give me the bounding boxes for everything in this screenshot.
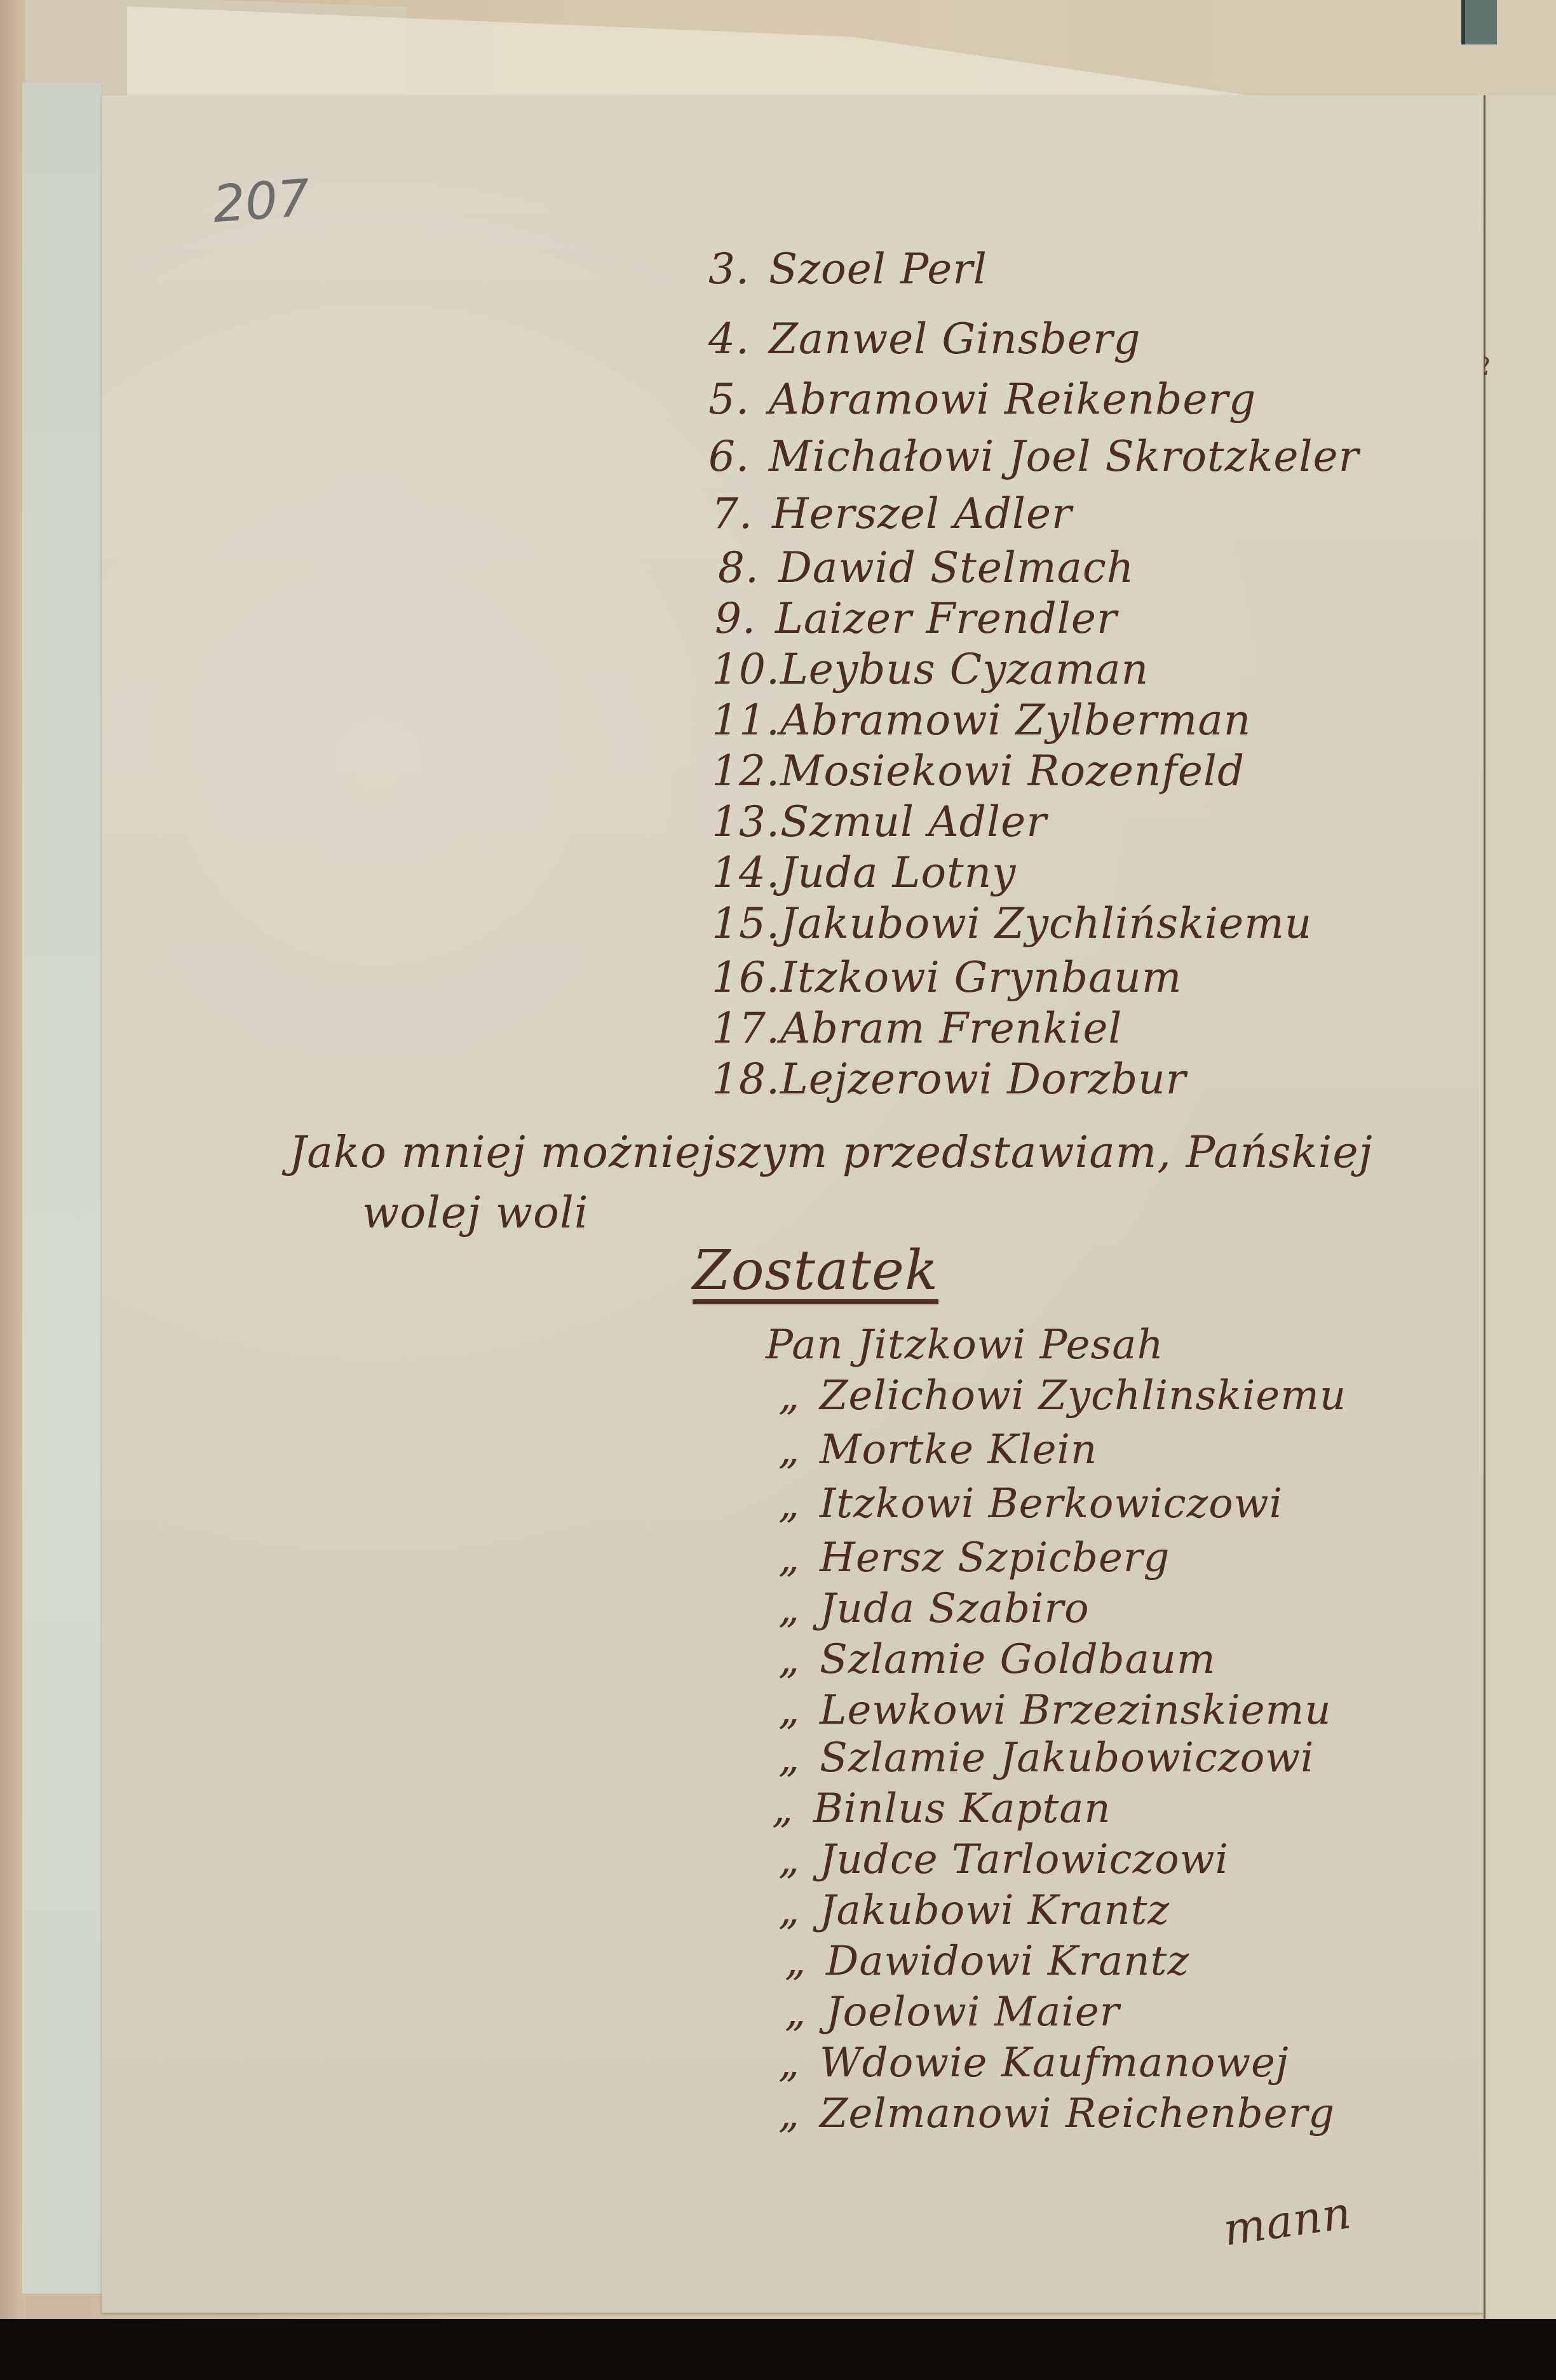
green-paper-strip [22,83,102,2294]
item-number: 13. [712,797,780,846]
item-name: Jakubowi Krantz [820,1887,1170,1934]
item-number: 15. [712,899,780,948]
item-name: Abramowi Zylberman [780,696,1251,745]
item-number: 4. [708,314,769,363]
list-item: „Lewkowi Brzezinskiemu [778,1687,1332,1734]
list-item: 3.Szoel Perl [708,245,987,294]
item-prefix: „ [778,1687,820,1734]
list-item: „Zelmanowi Reichenberg [778,2090,1335,2137]
item-prefix: „ [778,1734,820,1782]
item-prefix: „ [778,1480,820,1527]
list-item: „Judce Tarlowiczowi [778,1836,1229,1883]
item-name: Jakubowi Zychlińskiemu [780,899,1312,948]
item-name: Juda Szabiro [820,1585,1090,1632]
list-item: 4.Zanwel Ginsberg [708,314,1141,363]
item-name: Laizer Frendler [775,594,1118,643]
item-name: Abramowi Reikenberg [769,375,1256,424]
left-edge-sheet [0,0,25,2319]
list-item: 8.Dawid Stelmach [718,543,1134,592]
list-item: 6.Michałowi Joel Skrotzkeler [708,432,1359,481]
item-prefix: „ [778,1534,820,1581]
list-item: 10.Leybus Cyzaman [712,645,1149,694]
list-item: „Juda Szabiro [778,1585,1090,1632]
item-name: Szlamie Jakubowiczowi [820,1734,1314,1782]
paragraph-line-1: Jako mniej możniejszym przedstawiam, Pań… [289,1128,1373,1178]
item-name: Itzkowi Grynbaum [780,953,1182,1002]
item-name: Judce Tarlowiczowi [820,1836,1229,1883]
list-item: 13.Szmul Adler [712,797,1047,846]
item-name: Zanwel Ginsberg [769,314,1141,363]
list-item: „Zelichowi Zychlinskiemu [778,1372,1346,1419]
item-prefix: „ [785,1989,826,2036]
item-name: Szoel Perl [769,245,987,294]
list-item: „Dawidowi Krantz [785,1938,1189,1985]
item-number: 11. [712,696,780,745]
item-prefix: „ [778,1887,820,1934]
list-item: „Binlus Kaptan [772,1785,1111,1832]
item-number: 6. [708,432,769,481]
binding-clip [1461,0,1497,44]
item-name: Lejzerowi Dorzbur [780,1055,1186,1104]
item-prefix: „ [778,1372,820,1419]
list-item: 14.Juda Lotny [712,848,1016,897]
item-name: Zelichowi Zychlinskiemu [820,1372,1346,1419]
list-item: 7.Herszel Adler [712,489,1072,538]
list-item: 9.Laizer Frendler [715,594,1118,643]
item-prefix: „ [778,1636,820,1683]
item-prefix: „ [778,1585,820,1632]
item-name: Jitzkowi Pesah [857,1322,1164,1369]
right-facing-page [1484,95,1556,2332]
list-item: „Szlamie Goldbaum [778,1636,1216,1683]
scan-background [0,2319,1556,2380]
item-name: Mortke Klein [820,1426,1097,1473]
item-name: Itzkowi Berkowiczowi [820,1480,1283,1527]
item-name: Dawidowi Krantz [826,1938,1189,1985]
item-name: Leybus Cyzaman [780,645,1149,694]
paragraph-line-2: wolej woli [362,1188,588,1238]
item-name: Dawid Stelmach [778,543,1134,592]
list-item: „Wdowie Kaufmanowej [778,2039,1289,2086]
list-item: 17.Abram Frenkiel [712,1004,1123,1053]
item-name: Hersz Szpicberg [820,1534,1170,1581]
list-item: „Jakubowi Krantz [778,1887,1170,1934]
list-item: 18.Lejzerowi Dorzbur [712,1055,1186,1104]
list-item: „Hersz Szpicberg [778,1534,1170,1581]
list-item: „Szlamie Jakubowiczowi [778,1734,1314,1782]
item-name: Szlamie Goldbaum [820,1636,1216,1683]
item-name: Joelowi Maier [826,1989,1120,2036]
item-name: Wdowie Kaufmanowej [820,2039,1289,2086]
item-number: 12. [712,747,780,795]
section-heading: Zostatek [693,1239,938,1302]
item-name: Herszel Adler [772,489,1072,538]
list-item: Pan Jitzkowi Pesah [766,1322,1164,1369]
item-name: Binlus Kaptan [813,1785,1111,1832]
item-number: 18. [712,1055,780,1104]
item-number: 5. [708,375,769,424]
item-prefix: „ [772,1785,813,1832]
item-number: 3. [708,245,769,294]
item-name: Szmul Adler [780,797,1047,846]
item-number: 16. [712,953,780,1002]
item-name: Abram Frenkiel [780,1004,1123,1053]
item-name: Lewkowi Brzezinskiemu [820,1687,1332,1734]
list-item: „Itzkowi Berkowiczowi [778,1480,1283,1527]
list-item: 16.Itzkowi Grynbaum [712,953,1182,1002]
item-name: Juda Lotny [780,848,1016,897]
item-prefix: „ [778,1836,820,1883]
item-prefix: „ [778,2039,820,2086]
item-number: 7. [712,489,772,538]
item-prefix: „ [778,2090,820,2137]
folio-number: 207 [211,168,312,234]
list-item: „Joelowi Maier [785,1989,1120,2036]
list-item: 12.Mosiekowi Rozenfeld [712,747,1245,795]
item-prefix: „ [778,1426,820,1473]
item-name: Michałowi Joel Skrotzkeler [769,432,1359,481]
list-item: 15.Jakubowi Zychlińskiemu [712,899,1312,948]
item-number: 9. [715,594,775,643]
item-number: 8. [718,543,778,592]
item-number: 14. [712,848,780,897]
item-name: Zelmanowi Reichenberg [820,2090,1335,2137]
item-prefix: „ [785,1938,826,1985]
list-item: 11.Abramowi Zylberman [712,696,1251,745]
item-number: 10. [712,645,780,694]
item-prefix: Pan [766,1322,844,1369]
list-item: „Mortke Klein [778,1426,1097,1473]
list-item: 5.Abramowi Reikenberg [708,375,1256,424]
item-name: Mosiekowi Rozenfeld [780,747,1245,795]
item-number: 17. [712,1004,780,1053]
